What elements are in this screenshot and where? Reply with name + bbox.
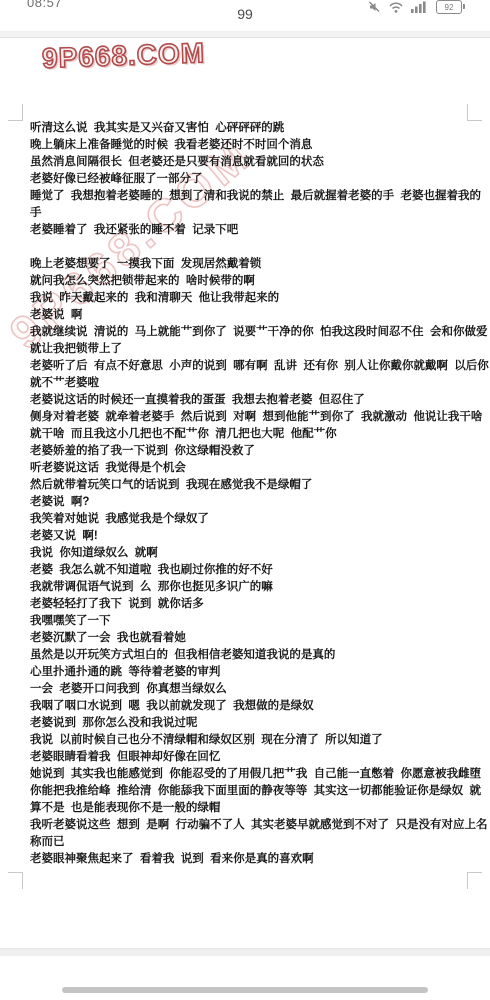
text-line: 一会 老婆开口问我到 你真想当绿奴么 xyxy=(30,681,480,698)
text-line: 老婆睡着了 我还紧张的睡不着 记录下吧 xyxy=(30,222,480,239)
text-line: 你能把我推给峰 推给清 你能舔我下面里面的静夜等等 其实这一切都能验证你是绿奴 … xyxy=(30,783,480,800)
text-line: 老婆说 啊? xyxy=(30,494,480,511)
text-line: 就问我怎么突然把锁带起来的 啥时候带的啊 xyxy=(30,273,480,290)
text-line: 侧身对着老婆 就牵着老婆手 然后说到 对啊 想到他能艹到你了 我就激动 他说让我… xyxy=(30,409,480,426)
text-line: 老婆 我怎么就不知道啦 我也刷过你推的好不好 xyxy=(30,562,480,579)
app-header: 99 xyxy=(0,6,490,24)
text-line: 老婆说到 那你怎么没和我说过呢 xyxy=(30,715,480,732)
text-line: 虽然消息间隔很长 但老婆还是只要有消息就看就回的状态 xyxy=(30,154,480,171)
text-line: 老婆眼睛看着我 但眼神却好像在回忆 xyxy=(30,749,480,766)
text-line: 就不艹老婆啦 xyxy=(30,375,480,392)
text-line: 就让我把锁带上了 xyxy=(30,341,480,358)
text-line: 她说到 其实我也能感觉到 你能忍受的了用假几把艹我 自己能一直憋着 你愿意被我雌… xyxy=(30,766,480,783)
text-line: 我就带调侃语气说到 么 那你也挺见多识广的嘛 xyxy=(30,579,480,596)
header-divider xyxy=(0,31,490,38)
document-lines: 听清这么说 我其实是又兴奋又害怕 心砰砰砰的跳晚上躺床上准备睡觉的时候 我看老婆… xyxy=(30,120,480,868)
text-line: 老婆眼神聚焦起来了 看着我 说到 看来你是真的喜欢啊 xyxy=(30,851,480,868)
margin-mark-bottom-left xyxy=(8,872,23,889)
text-line: 老婆又说 啊! xyxy=(30,528,480,545)
text-line: 我嘿嘿笑了一下 xyxy=(30,613,480,630)
text-line: 我说 昨天戴起来的 我和清聊天 他让我带起来的 xyxy=(30,290,480,307)
text-line: 心里扑通扑通的跳 等待着老婆的审判 xyxy=(30,664,480,681)
text-line xyxy=(30,239,480,256)
text-line: 晚上躺床上准备睡觉的时候 我看老婆还时不时回个消息 xyxy=(30,137,480,154)
brand-watermark: 9P668.COM xyxy=(41,37,205,75)
next-page-top xyxy=(0,956,490,1000)
text-line: 我笑着对她说 我感觉我是个绿奴了 xyxy=(30,511,480,528)
text-line: 老婆沉默了一会 我也就看着她 xyxy=(30,630,480,647)
text-line: 老婆说 啊 xyxy=(30,307,480,324)
margin-mark-top-right xyxy=(467,104,482,121)
text-line: 称而已 xyxy=(30,834,480,851)
text-line: 就干啥 而且我这小几把也不配艹你 清几把也大呢 他配艹你 xyxy=(30,426,480,443)
text-line: 我听老婆说这些 想到 是啊 行动骗不了人 其实老婆早就感觉到不对了 只是没有对应… xyxy=(30,817,480,834)
text-line: 我咽了咽口水说到 嗯 我以前就发现了 我想做的是绿奴 xyxy=(30,698,480,715)
text-line: 老婆说这话的时候还一直摸着我的蛋蛋 我想去抱着老婆 但忍住了 xyxy=(30,392,480,409)
text-line: 然后就带着玩笑口气的话说到 我现在感觉我不是绿帽了 xyxy=(30,477,480,494)
text-line: 老婆娇羞的掐了我一下说到 你这绿帽没救了 xyxy=(30,443,480,460)
margin-mark-bottom-right xyxy=(467,872,482,889)
text-line: 我说 你知道绿奴么 就啊 xyxy=(30,545,480,562)
text-line: 听清这么说 我其实是又兴奋又害怕 心砰砰砰的跳 xyxy=(30,120,480,137)
text-line: 我说 以前时候自己也分不清绿帽和绿奴区别 现在分清了 所以知道了 xyxy=(30,732,480,749)
margin-mark-top-left xyxy=(8,104,23,121)
text-line: 晚上老婆想要了 一摸我下面 发现居然戴着锁 xyxy=(30,256,480,273)
screen: 08:57 xyxy=(0,0,490,1000)
text-line: 老婆好像已经被峰征服了一部分了 xyxy=(30,171,480,188)
scrollbar-pill[interactable] xyxy=(62,987,428,993)
page-indicator: 99 xyxy=(237,6,253,22)
text-line: 听老婆说这话 我觉得是个机会 xyxy=(30,460,480,477)
text-line: 老婆听了后 有点不好意思 小声的说到 哪有啊 乱讲 还有你 别人让你戴你就戴啊 … xyxy=(30,358,480,375)
document-page: 9P668.COM 9P668.COM 听清这么说 我其实是又兴奋又害怕 心砰砰… xyxy=(0,38,490,950)
text-line: 老婆轻轻打了我下 说到 就你话多 xyxy=(30,596,480,613)
text-line: 我就继续说 清说的 马上就能艹到你了 说要艹干净的你 怕我这段时间忍不住 会和你… xyxy=(30,324,480,341)
text-line: 算不是 也是能表现你不是一般的绿帽 xyxy=(30,800,480,817)
text-line: 手 xyxy=(30,205,480,222)
text-line: 虽然是以开玩笑方式坦白的 但我相信老婆知道我说的是真的 xyxy=(30,647,480,664)
text-line: 睡觉了 我想抱着老婆睡的 想到了清和我说的禁止 最后就握着老婆的手 老婆也握着我… xyxy=(30,188,480,205)
